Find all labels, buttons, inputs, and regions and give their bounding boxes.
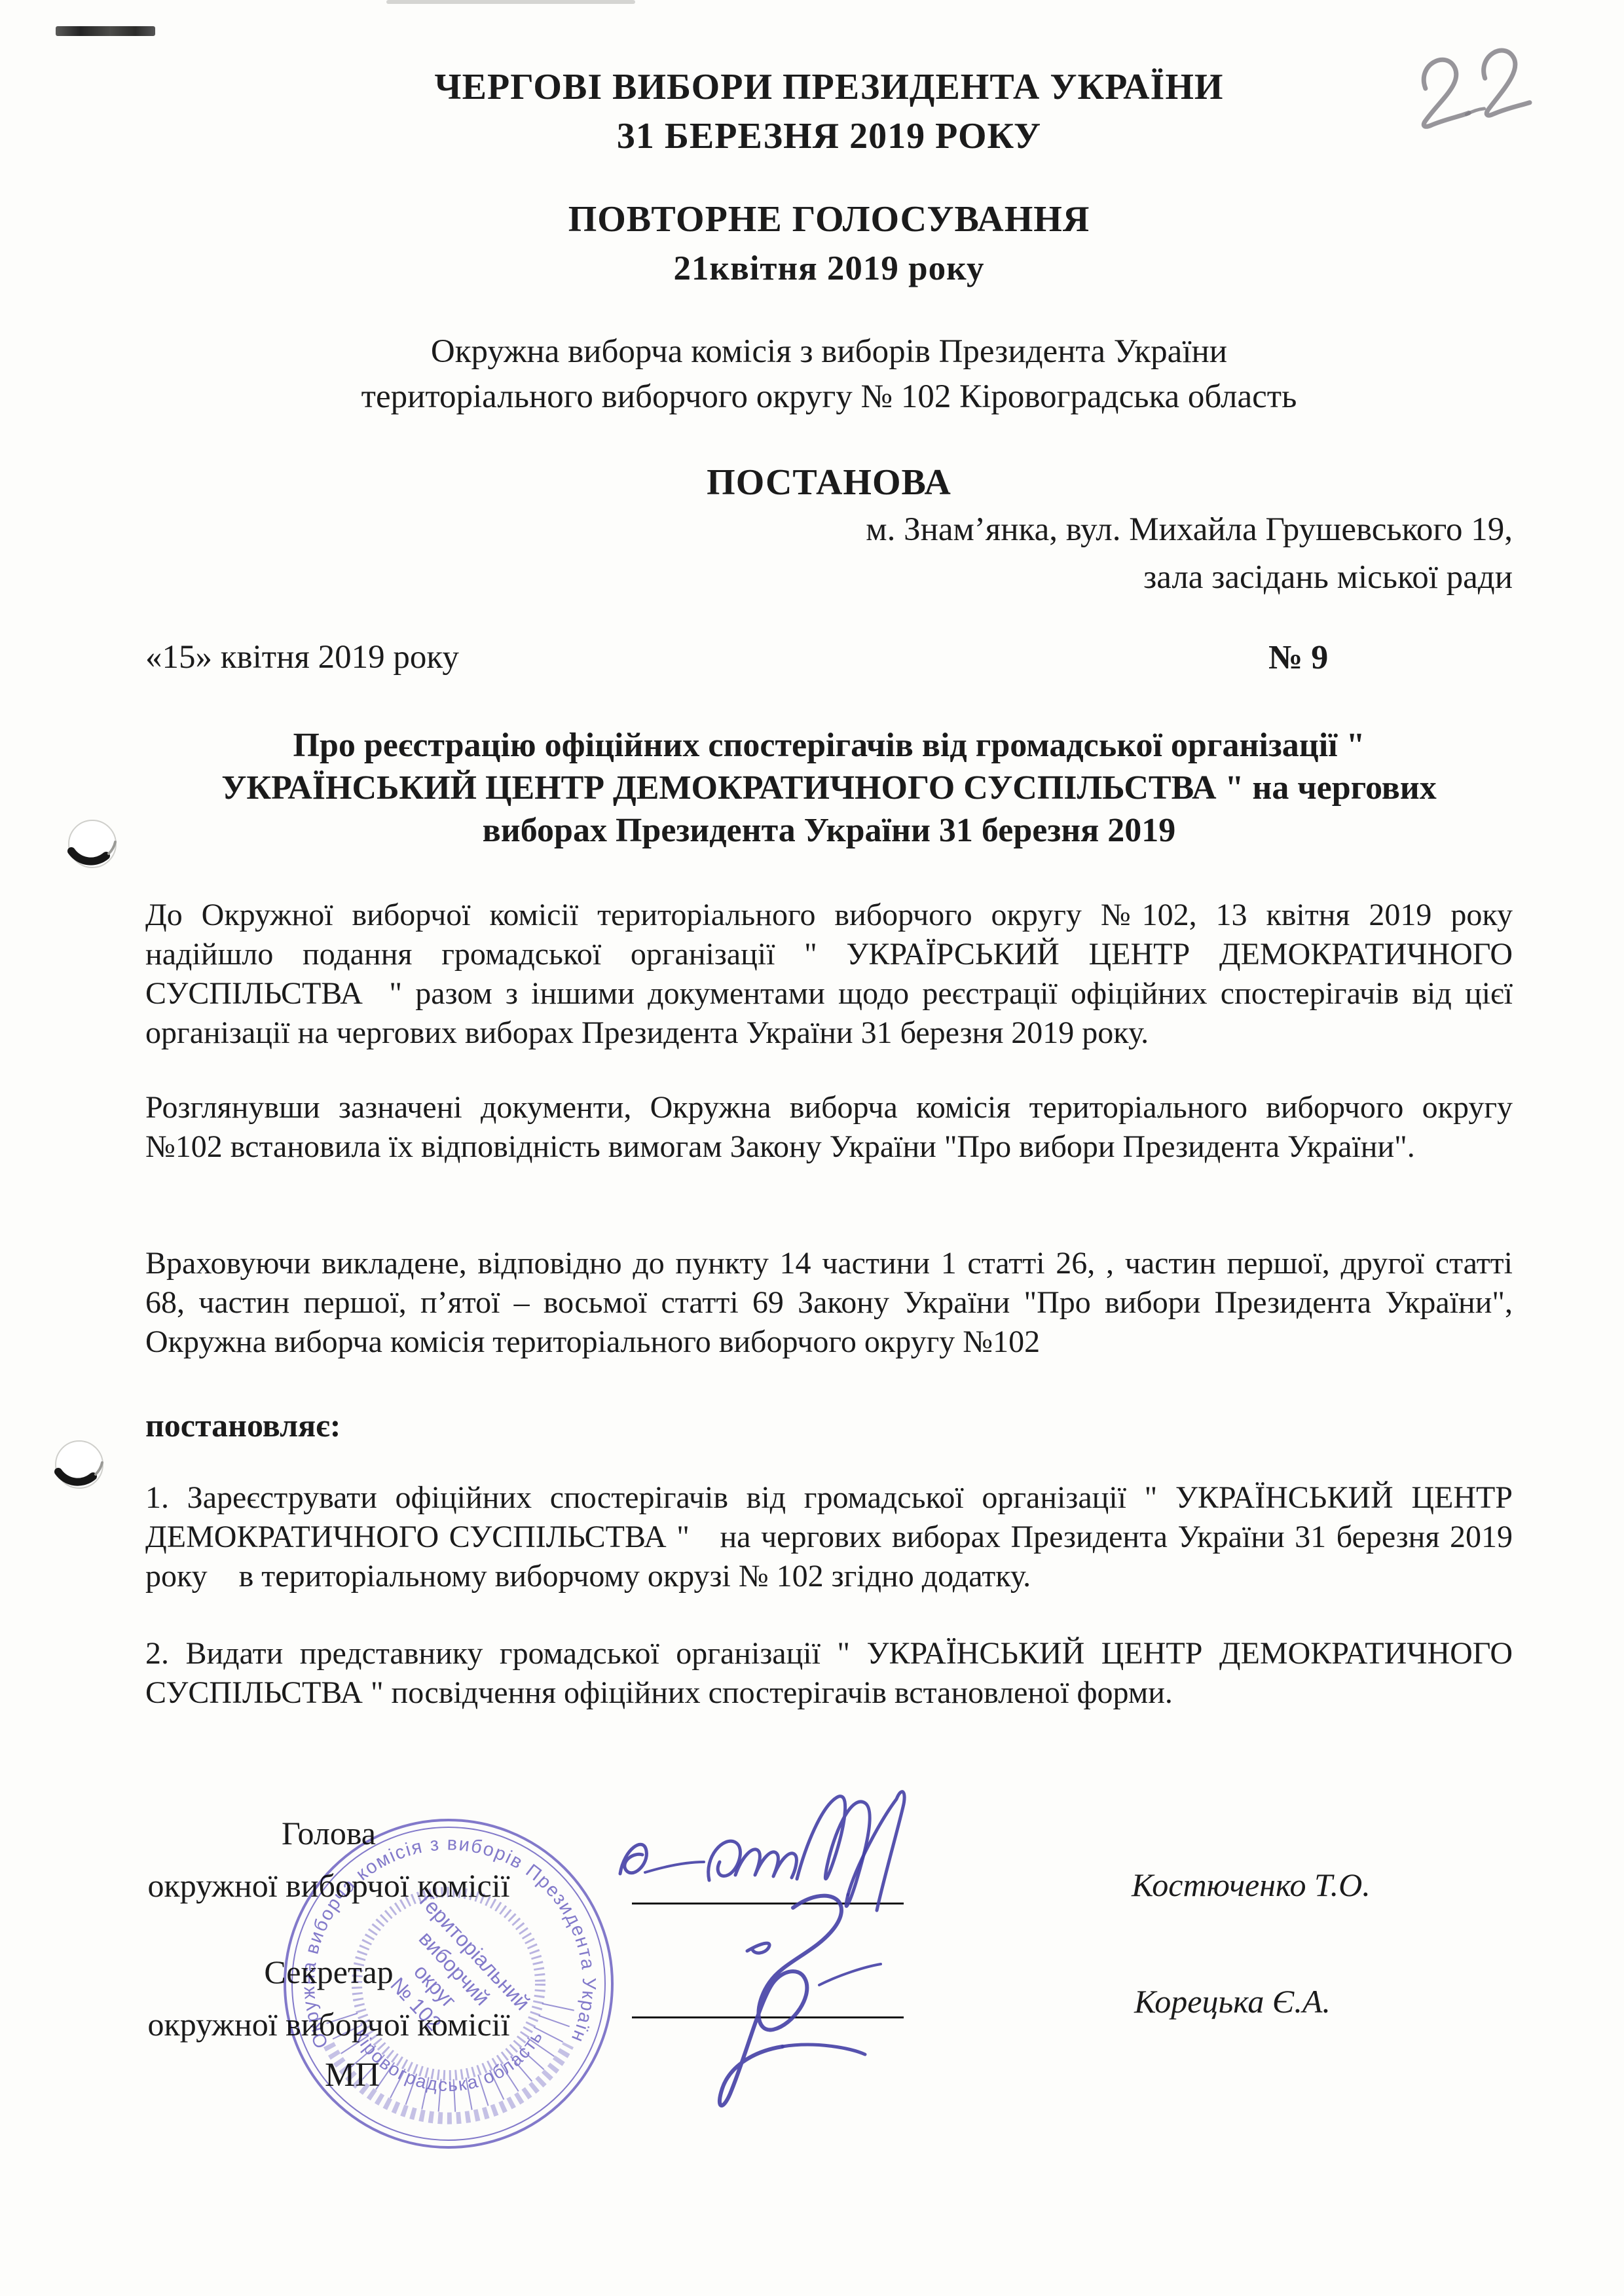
subject-line2: УКРАЇНСЬКИЙ ЦЕНТР ДЕМОКРАТИЧНОГО СУСПІЛЬ… (145, 767, 1513, 809)
subject-line3: виборах Президента України 31 березня 20… (145, 809, 1513, 852)
secretary-name: Корецька Є.А. (1134, 1982, 1331, 2020)
body-paragraph-1: До Окружної виборчої комісії територіаль… (145, 896, 1513, 1053)
revote-line1: ПОВТОРНЕ ГОЛОСУВАННЯ (145, 195, 1513, 244)
hole-punch-mark (63, 814, 122, 873)
secretary-signature (665, 1888, 920, 2117)
scanned-document-page: ЧЕРГОВІ ВИБОРИ ПРЕЗИДЕНТА УКРАЇНИ 31 БЕР… (0, 0, 1624, 2296)
commission-name: Окружна виборча комісія з виборів Презид… (145, 329, 1513, 420)
election-title-line2: 31 БЕРЕЗНЯ 2019 РОКУ (145, 112, 1513, 161)
doc-type-heading: ПОСТАНОВА (145, 458, 1513, 507)
subject-line1: Про реєстрацію офіційних спостерігачів в… (145, 724, 1513, 767)
resolution-item-1: 1. Зареєструвати офіційних спостерігачів… (145, 1478, 1513, 1596)
election-title-line1: ЧЕРГОВІ ВИБОРИ ПРЕЗИДЕНТА УКРАЇНИ (145, 63, 1513, 112)
scan-artifact-bar (56, 26, 155, 36)
resolution-item-2: 2. Видати представнику громадської орган… (145, 1634, 1513, 1713)
body-paragraph-2: Розглянувши зазначені документи, Окружна… (145, 1088, 1513, 1167)
commission-line2: територіального виборчого округу № 102 К… (145, 374, 1513, 420)
doc-subject: Про реєстрацію офіційних спостерігачів в… (145, 724, 1513, 852)
doc-date: «15» квітня 2019 року (145, 639, 459, 676)
revote-header: ПОВТОРНЕ ГОЛОСУВАННЯ 21квітня 2019 року (145, 195, 1513, 293)
resolves-label: постановляє: (145, 1406, 1513, 1444)
head-name: Костюченко Т.О. (1132, 1866, 1371, 1904)
hole-punch-mark (50, 1435, 109, 1494)
commission-line1: Окружна виборча комісія з виборів Презид… (145, 329, 1513, 374)
election-header: ЧЕРГОВІ ВИБОРИ ПРЕЗИДЕНТА УКРАЇНИ 31 БЕР… (145, 63, 1513, 161)
address-line2: зала засідань міської ради (145, 554, 1513, 602)
meeting-place: м. Знам’янка, вул. Михайла Грушевського … (145, 506, 1513, 602)
revote-line2: 21квітня 2019 року (145, 244, 1513, 293)
scan-edge-smudge (386, 0, 635, 4)
official-round-stamp: Окружна виборча комісія з виборів Презид… (278, 1813, 619, 2154)
address-line1: м. Знам’янка, вул. Михайла Грушевського … (145, 506, 1513, 554)
body-paragraph-3: Враховуючи викладене, відповідно до пунк… (145, 1244, 1513, 1362)
doc-number: № 9 (1268, 638, 1328, 677)
date-number-row: «15» квітня 2019 року № 9 (145, 638, 1513, 678)
